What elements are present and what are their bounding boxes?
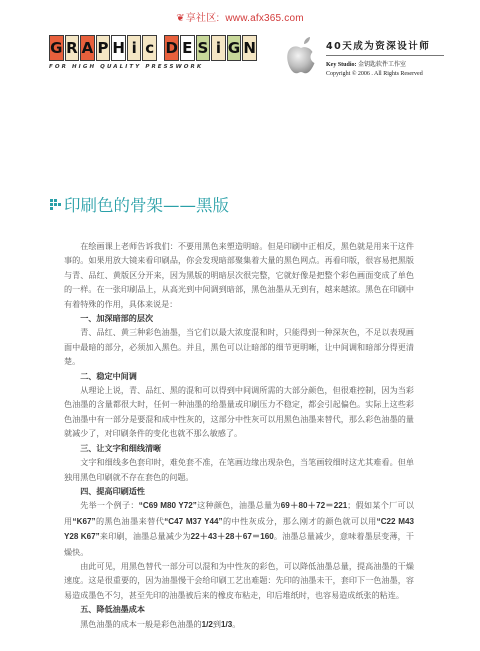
studio-line: Key Studio: 金钥匙软件工作室: [326, 59, 444, 68]
brand-block: 40天成为资深设计师 Key Studio: 金钥匙软件工作室 Copyrigh…: [286, 36, 456, 82]
logo-letter-tile: G: [49, 35, 64, 61]
grid-dots-icon: [50, 199, 60, 209]
logo-letter-tile: E: [180, 35, 195, 61]
section-body-4b: 由此可见，用黑色替代一部分可以混和为中性灰的彩色，可以降低油墨总量，提高油墨的干…: [64, 559, 414, 602]
graphic-design-logo: GRAPHicDESiGN FOR HIGH QUALITY PRESSWORK: [49, 35, 257, 70]
studio-name: 金钥匙软件工作室: [358, 62, 406, 68]
section-title-text: 印刷色的骨架——黑版: [64, 196, 229, 215]
apple-logo-icon: [286, 36, 316, 76]
section-heading-5: 五、降低油墨成本: [64, 602, 414, 616]
section-body-4: 先举一个例子：“C69 M80 Y72”这种颜色，油墨总量为69＋80＋72＝2…: [64, 498, 414, 559]
logo-letter-tile: R: [65, 35, 80, 61]
section-body-5: 黑色油墨的成本一般是彩色油墨的1/2到1/3。: [64, 617, 414, 632]
watermark-url[interactable]: www.afx365.com: [225, 13, 303, 24]
logo-tagline: FOR HIGH QUALITY PRESSWORK: [49, 64, 257, 70]
color-code: “C69 M80 Y72”: [139, 501, 197, 510]
logo-letter-tile: H: [111, 35, 126, 61]
logo-letter-tiles: GRAPHicDESiGN: [49, 35, 257, 61]
section-heading-1: 一、加深暗部的层次: [64, 311, 414, 325]
color-code: “K67”: [73, 517, 96, 526]
section-heading-2: 二、稳定中间调: [64, 369, 414, 383]
studio-label: Key Studio:: [326, 62, 357, 68]
copyright-line: Copyright © 2006 . All Rights Reserved: [326, 71, 444, 77]
section-heading-4: 四、提高印刷适性: [64, 484, 414, 498]
logo-letter-tile: D: [164, 35, 179, 61]
logo-letter-tile: i: [211, 35, 226, 61]
article-body: 在绘画课上老师告诉我们：不要用黑色来塑造明暗。但是印刷中正相反，黑色就是用来干这…: [64, 239, 414, 632]
logo-letter-tile: S: [196, 35, 211, 61]
logo-letter-tile: G: [227, 35, 242, 61]
logo-letter-tile: c: [142, 35, 157, 61]
color-code: “C47 M37 Y44”: [164, 517, 222, 526]
section-body-1: 青、品红、黄三种彩色油墨，当它们以最大浓度混和时，只能得到一种深灰色，不足以表现…: [64, 325, 414, 368]
logo-letter-tile: N: [242, 35, 257, 61]
share-logo-icon: ❦: [176, 13, 185, 24]
site-watermark: ❦享社区:www.afx365.com: [0, 9, 480, 24]
brand-text: 40天成为资深设计师 Key Studio: 金钥匙软件工作室 Copyrigh…: [326, 38, 444, 77]
logo-letter-tile: P: [96, 35, 111, 61]
section-heading-3: 三、让文字和细线清晰: [64, 441, 414, 455]
logo-letter-tile: [158, 35, 163, 59]
section-title: 印刷色的骨架——黑版: [50, 192, 229, 216]
ink-total: 22＋43＋28＋67＝160: [191, 532, 274, 541]
logo-letter-tile: A: [80, 35, 95, 61]
watermark-label: 享社区:: [186, 13, 220, 24]
brand-title: 40天成为资深设计师: [326, 38, 444, 56]
section-body-3: 文字和细线多色套印时，难免套不准，在笔画边缘出现杂色，当笔画较细时这尤其难看。但…: [64, 455, 414, 484]
section-body-2: 从理论上说，青、品红、黑的混和可以得到中间调所需的大部分颜色，但很难控制，因为当…: [64, 383, 414, 441]
ink-total: 69＋80＋72＝221: [281, 501, 347, 510]
intro-paragraph: 在绘画课上老师告诉我们：不要用黑色来塑造明暗。但是印刷中正相反，黑色就是用来干这…: [64, 239, 414, 311]
logo-letter-tile: i: [127, 35, 142, 61]
